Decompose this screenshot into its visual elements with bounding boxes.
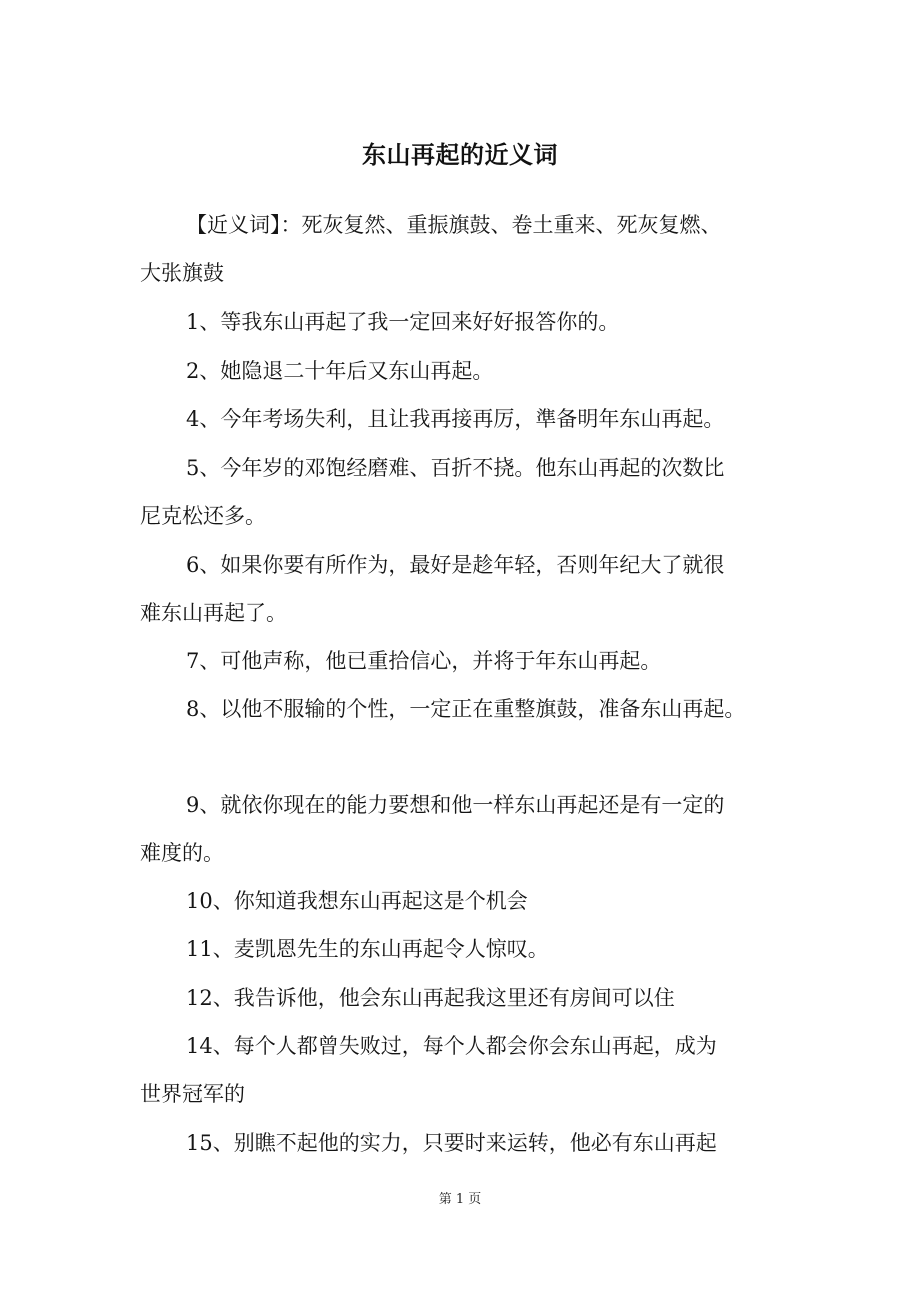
example-sentence-6: 6、如果你要有所作为，最好是趁年轻，否则年纪大了就很 <box>186 550 724 580</box>
example-sentence-9: 9、就依你现在的能力要想和他一样东山再起还是有一定的 <box>186 790 724 820</box>
document-title: 东山再起的近义词 <box>0 138 920 172</box>
example-sentence-9-continued: 难度的。 <box>140 838 224 868</box>
example-sentence-7: 7、可他声称，他已重拾信心，并将于年东山再起。 <box>186 646 661 676</box>
example-sentence-5-continued: 尼克松还多。 <box>140 501 266 531</box>
example-sentence-2: 2、她隐退二十年后又东山再起。 <box>186 356 493 386</box>
synonyms-line: 【近义词】：死灰复然、重振旗鼓、卷土重来、死灰复燃、 <box>186 210 722 240</box>
example-sentence-8: 8、以他不服输的个性，一定正在重整旗鼓，准备东山再起。 <box>186 694 745 724</box>
example-sentence-5: 5、今年岁的邓饱经磨难、百折不挠。他东山再起的次数比 <box>186 453 724 483</box>
example-sentence-4: 4、今年考场失利，且让我再接再厉，準备明年东山再起。 <box>186 404 724 434</box>
example-sentence-15: 15、别瞧不起他的实力，只要时来运转，他必有东山再起 <box>186 1128 717 1158</box>
example-sentence-11: 11、麦凯恩先生的东山再起令人惊叹。 <box>186 934 549 964</box>
example-sentence-6-continued: 难东山再起了。 <box>140 598 287 628</box>
document-page: 东山再起的近义词 【近义词】：死灰复然、重振旗鼓、卷土重来、死灰复燃、 大张旗鼓… <box>0 0 920 1302</box>
page-number: 第 1 页 <box>0 1190 920 1210</box>
example-sentence-10: 10、你知道我想东山再起这是个机会 <box>186 886 528 916</box>
synonyms-line-continued: 大张旗鼓 <box>140 258 224 288</box>
example-sentence-12: 12、我告诉他，他会东山再起我这里还有房间可以住 <box>186 983 675 1013</box>
example-sentence-1: 1、等我东山再起了我一定回来好好报答你的。 <box>186 307 619 337</box>
example-sentence-14-continued: 世界冠军的 <box>140 1079 245 1109</box>
example-sentence-14: 14、每个人都曾失败过，每个人都会你会东山再起，成为 <box>186 1031 717 1061</box>
